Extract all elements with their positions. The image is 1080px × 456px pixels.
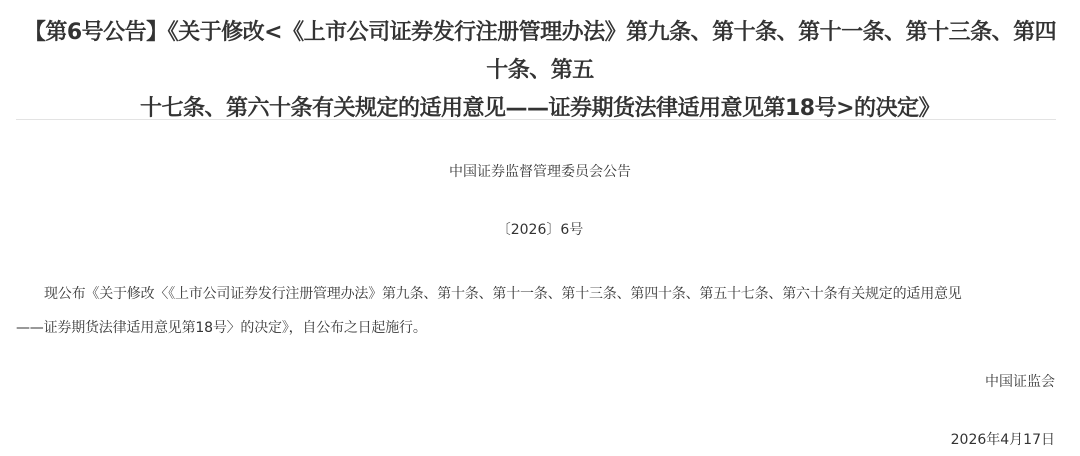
title-divider — [16, 119, 1056, 120]
title-line-1: 【第6号公告】《关于修改<《上市公司证券发行注册管理办法》第九条、第十条、第十一… — [14, 14, 1066, 90]
body-line-2: ——证券期货法律适用意见第18号〉的决定》，自公布之日起施行。 — [0, 311, 427, 345]
announcement-title: 【第6号公告】《关于修改<《上市公司证券发行注册管理办法》第九条、第十条、第十一… — [14, 14, 1066, 128]
body-line-1: 现公布《关于修改〈《上市公司证券发行注册管理办法》第九条、第十条、第十一条、第十… — [44, 286, 962, 302]
document-number: 〔2026〕6号 — [0, 218, 1080, 242]
announcement-body: 现公布《关于修改〈《上市公司证券发行注册管理办法》第九条、第十条、第十一条、第十… — [16, 277, 1066, 345]
issuer-signature: 中国证监会 — [985, 370, 1055, 394]
publish-date: 2026年4月17日 — [951, 428, 1055, 452]
title-line-2: 十七条、第六十条有关规定的适用意见——证券期货法律适用意见第18号>的决定》 — [14, 90, 1066, 128]
issuer-heading: 中国证券监督管理委员会公告 — [0, 160, 1080, 184]
